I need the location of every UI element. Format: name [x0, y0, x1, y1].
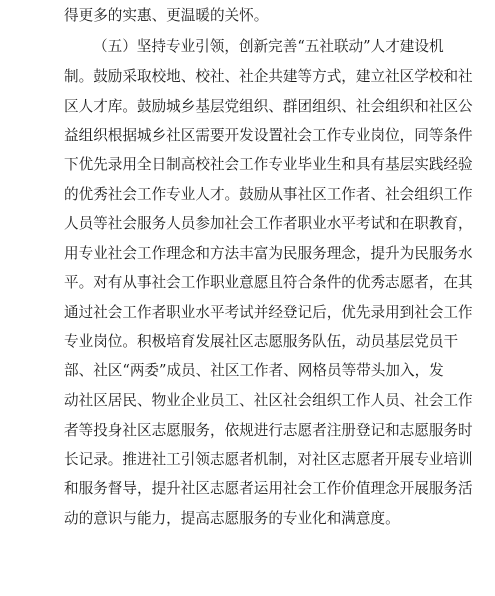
document-page-continued [0, 0, 495, 596]
